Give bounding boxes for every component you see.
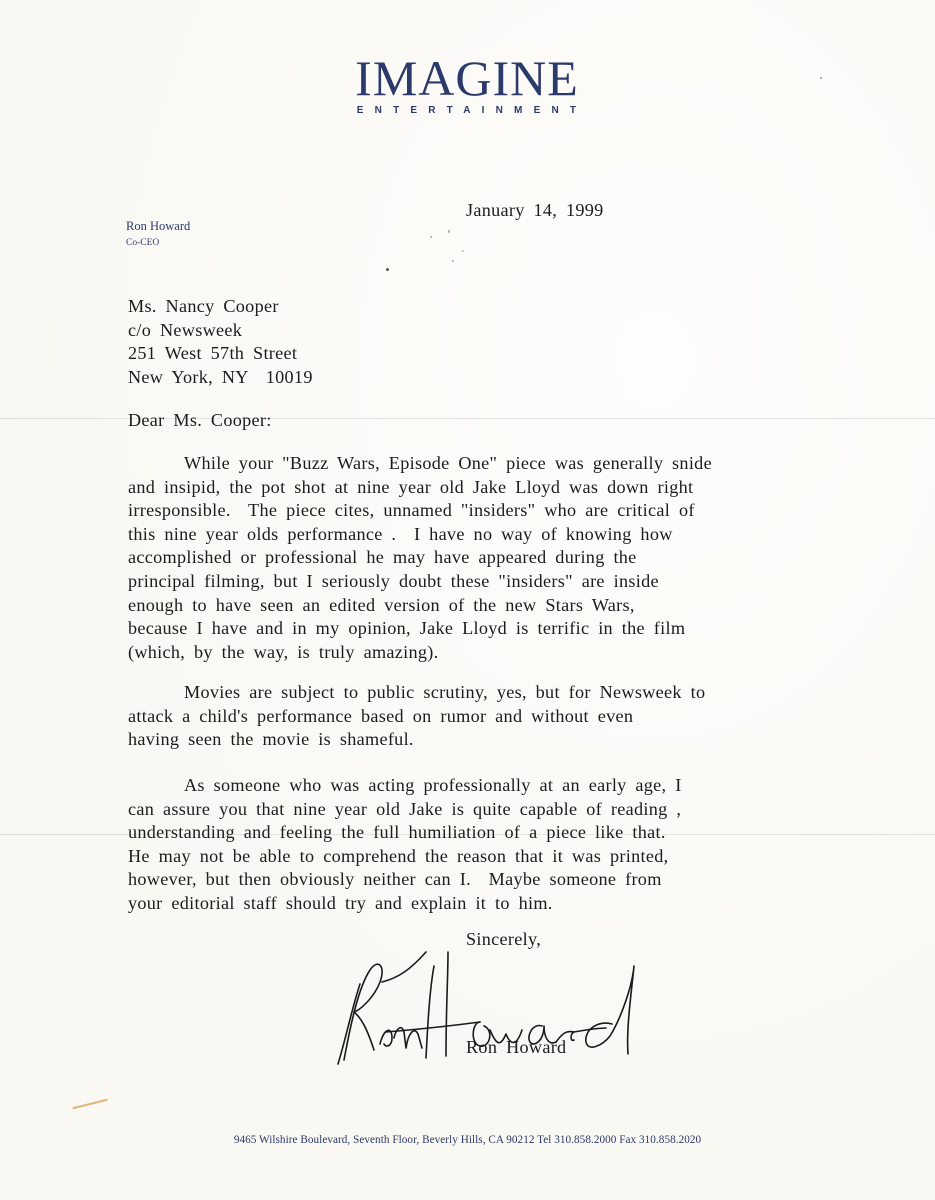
text-line: because I have and in my opinion, Jake L… bbox=[128, 617, 828, 641]
text-line: enough to have seen an edited version of… bbox=[128, 594, 828, 618]
address-line: c/o Newsweek bbox=[128, 319, 313, 343]
logo-wordmark: IMAGINE bbox=[332, 52, 602, 104]
text-line: can assure you that nine year old Jake i… bbox=[128, 798, 828, 822]
text-line: and insipid, the pot shot at nine year o… bbox=[128, 476, 828, 500]
text-line: He may not be able to comprehend the rea… bbox=[128, 845, 828, 869]
text-line: having seen the movie is shameful. bbox=[128, 728, 828, 752]
text-line: As someone who was acting professionally… bbox=[128, 774, 828, 798]
text-line: attack a child's performance based on ru… bbox=[128, 705, 828, 729]
sender-block: Ron Howard Co-CEO bbox=[126, 218, 190, 250]
scan-speck bbox=[820, 77, 822, 79]
letterhead-logo: IMAGINE ENTERTAINMENT bbox=[332, 52, 602, 116]
text-line: understanding and feeling the full humil… bbox=[128, 821, 828, 845]
letter-date: January 14, 1999 bbox=[466, 199, 604, 223]
text-line: (which, by the way, is truly amazing). bbox=[128, 641, 828, 665]
scan-speck bbox=[448, 230, 450, 233]
address-line: 251 West 57th Street bbox=[128, 342, 313, 366]
sender-name: Ron Howard bbox=[126, 218, 190, 234]
salutation: Dear Ms. Cooper: bbox=[128, 409, 272, 433]
body-paragraph-2: Movies are subject to public scrutiny, y… bbox=[128, 681, 828, 752]
scan-speck bbox=[386, 268, 389, 271]
text-line: accomplished or professional he may have… bbox=[128, 546, 828, 570]
scan-speck bbox=[462, 250, 464, 252]
logo-subtitle: ENTERTAINMENT bbox=[332, 105, 602, 116]
signed-name: Ron Howard bbox=[466, 1036, 566, 1060]
text-line: however, but then obviously neither can … bbox=[128, 868, 828, 892]
body-paragraph-3: As someone who was acting professionally… bbox=[128, 774, 828, 916]
letterhead-footer: 9465 Wilshire Boulevard, Seventh Floor, … bbox=[0, 1134, 935, 1146]
text-line: this nine year olds performance . I have… bbox=[128, 523, 828, 547]
text-line: irresponsible. The piece cites, unnamed … bbox=[128, 499, 828, 523]
text-line: While your "Buzz Wars, Episode One" piec… bbox=[128, 452, 828, 476]
text-line: Movies are subject to public scrutiny, y… bbox=[128, 681, 828, 705]
address-line: Ms. Nancy Cooper bbox=[128, 295, 313, 319]
text-line: principal filming, but I seriously doubt… bbox=[128, 570, 828, 594]
recipient-address: Ms. Nancy Cooper c/o Newsweek 251 West 5… bbox=[128, 295, 313, 389]
text-line: your editorial staff should try and expl… bbox=[128, 892, 828, 916]
scan-speck bbox=[430, 236, 432, 238]
sender-title: Co-CEO bbox=[126, 236, 190, 250]
address-line: New York, NY 10019 bbox=[128, 366, 313, 390]
scan-speck bbox=[452, 260, 454, 262]
body-paragraph-1: While your "Buzz Wars, Episode One" piec… bbox=[128, 452, 828, 664]
